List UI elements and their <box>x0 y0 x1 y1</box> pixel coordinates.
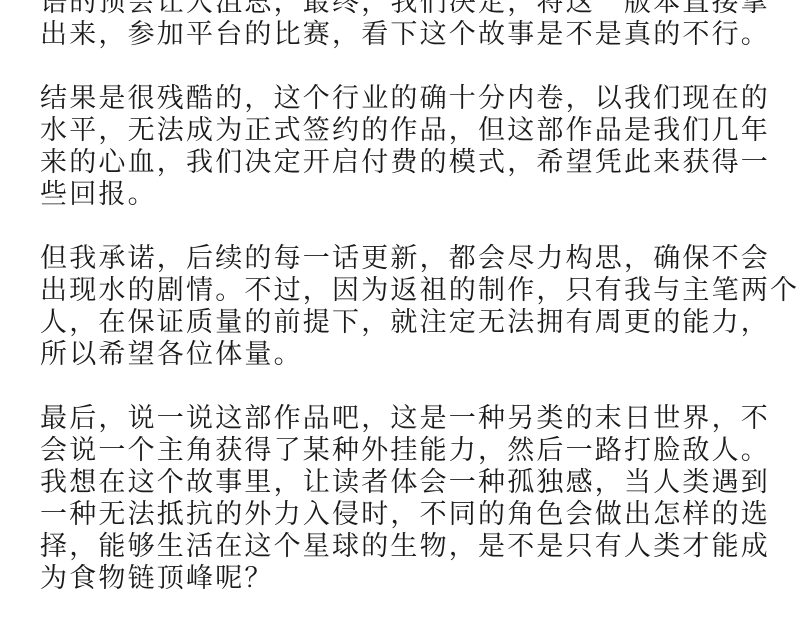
text-line: 择，能够生活在这个星球的生物，是不是只有人类才能成 <box>40 531 760 563</box>
text-line: 些回报。 <box>40 179 760 211</box>
text-line: 出来，参加平台的比赛，看下这个故事是不是真的不行。 <box>40 19 760 51</box>
text-line: 结果是很残酷的，这个行业的确十分内卷，以我们现在的 <box>40 83 760 115</box>
paragraph-4: 最后，说一说这部作品吧，这是一种另类的末日世界，不 会说一个主角获得了某种外挂能… <box>40 403 760 595</box>
text-line: 一种无法抵抗的外力入侵时，不同的角色会做出怎样的选 <box>40 499 760 531</box>
text-line: 出现水的剧情。不过，因为返祖的制作，只有我与主笔两个 <box>40 275 760 307</box>
text-line: 我想在这个故事里，让读者体会一种孤独感，当人类遇到 <box>40 467 760 499</box>
text-line: 所以希望各位体量。 <box>40 339 760 371</box>
text-line: 语的预会让人沮思，最终，我们决定，将这一版本直接拿 <box>40 0 760 19</box>
text-line: 但我承诺，后续的每一话更新，都会尽力构思，确保不会 <box>40 243 760 275</box>
text-line: 来的心血，我们决定开启付费的模式，希望凭此来获得一 <box>40 147 760 179</box>
text-line: 为食物链顶峰呢？ <box>40 563 760 595</box>
paragraph-2: 结果是很残酷的，这个行业的确十分内卷，以我们现在的 水平，无法成为正式签约的作品… <box>40 83 760 211</box>
text-line: 人，在保证质量的前提下，就注定无法拥有周更的能力， <box>40 307 760 339</box>
text-line: 最后，说一说这部作品吧，这是一种另类的末日世界，不 <box>40 403 760 435</box>
paragraph-1: 语的预会让人沮思，最终，我们决定，将这一版本直接拿 出来，参加平台的比赛，看下这… <box>40 0 760 51</box>
text-line: 水平，无法成为正式签约的作品，但这部作品是我们几年 <box>40 115 760 147</box>
text-line: 会说一个主角获得了某种外挂能力，然后一路打脸敌人。 <box>40 435 760 467</box>
document-body: 语的预会让人沮思，最终，我们决定，将这一版本直接拿 出来，参加平台的比赛，看下这… <box>40 0 760 625</box>
paragraph-3: 但我承诺，后续的每一话更新，都会尽力构思，确保不会 出现水的剧情。不过，因为返祖… <box>40 243 760 371</box>
